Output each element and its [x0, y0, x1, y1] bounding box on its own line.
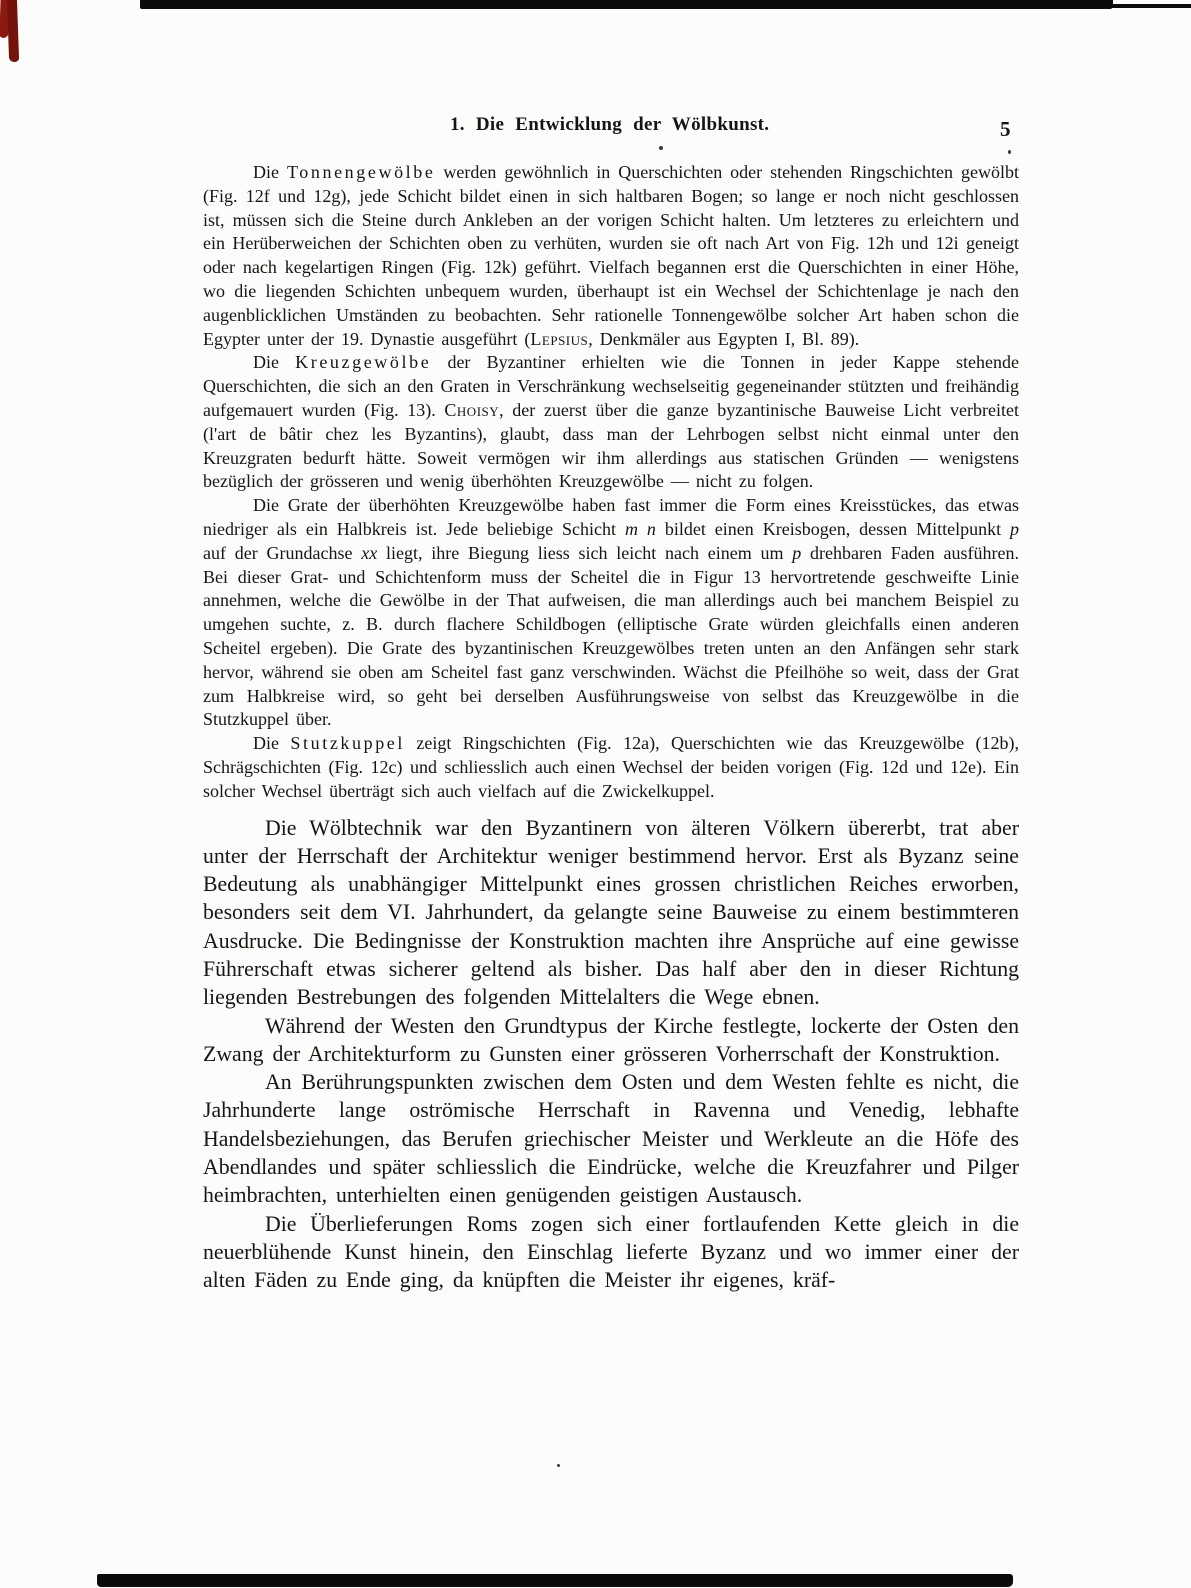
scan-artifact-top-right-line	[1108, 4, 1191, 8]
text-segment: werden gewöhnlich in Querschichten oder …	[203, 162, 1019, 349]
text-segment-spaced: Kreuzgewölbe	[295, 352, 431, 372]
text-segment: , Denkmäler aus Egypten I, Bl. 89).	[588, 329, 859, 349]
scan-dot-under-title	[659, 146, 663, 150]
scan-artifact-top-bar	[140, 0, 1113, 9]
text-segment: Die	[253, 352, 295, 372]
scanned-book-page: 1. Die Entwicklung der Wölbkunst. 5 Die …	[0, 0, 1191, 1588]
paragraph: Die Wölbtechnik war den Byzantinern von …	[203, 814, 1019, 1012]
text-segment: liegt, ihre Biegung liess sich leicht na…	[377, 543, 792, 563]
text-segment: Die	[253, 733, 290, 753]
text-segment: Während der Westen den Grundtypus der Ki…	[203, 1014, 1019, 1066]
page-number: 5	[1000, 117, 1011, 142]
paragraph: Die Überlieferungen Roms zogen sich eine…	[203, 1210, 1019, 1295]
text-segment-smallcaps: Lepsius	[530, 329, 588, 349]
scan-artifact-red-mark-long	[7, 0, 19, 62]
scan-dot-under-page-number	[1008, 150, 1011, 154]
paragraph: Die Tonnengewölbe werden gewöhnlich in Q…	[203, 161, 1019, 351]
text-segment-spaced: Tonnengewölbe	[287, 162, 436, 182]
scan-dot-bottom	[557, 1464, 560, 1467]
paragraph: Die Grate der überhöhten Kreuzgewölbe ha…	[203, 494, 1019, 732]
paragraph: An Berührungspunkten zwischen dem Osten …	[203, 1068, 1019, 1209]
text-segment: An Berührungspunkten zwischen dem Osten …	[203, 1070, 1019, 1207]
text-segment-italic: xx	[361, 543, 377, 563]
text-segment-italic: m n	[625, 519, 656, 539]
running-header-title: 1. Die Entwicklung der Wölbkunst.	[450, 114, 769, 136]
text-segment-spaced: Stutzkuppel	[290, 733, 405, 753]
text-segment-italic: p	[1010, 519, 1019, 539]
text-segment: drehbaren Faden ausführen. Bei dieser Gr…	[203, 543, 1019, 730]
text-block: Die Tonnengewölbe werden gewöhnlich in Q…	[203, 161, 1019, 1295]
text-segment: Die Überlieferungen Roms zogen sich eine…	[203, 1212, 1019, 1293]
text-segment: Die	[253, 162, 287, 182]
text-segment: Die Wölbtechnik war den Byzantinern von …	[203, 816, 1019, 1010]
paragraph: Während der Westen den Grundtypus der Ki…	[203, 1012, 1019, 1069]
text-segment-italic: p	[792, 543, 801, 563]
paragraph: Die Kreuzgewölbe der Byzantiner erhielte…	[203, 351, 1019, 494]
text-segment-smallcaps: Choisy	[444, 400, 499, 420]
text-segment: auf der Grundachse	[203, 543, 361, 563]
text-segment: bildet einen Kreisbogen, dessen Mittelpu…	[656, 519, 1010, 539]
scan-artifact-bottom-bar	[97, 1574, 1013, 1587]
paragraph: Die Stutzkuppel zeigt Ringschichten (Fig…	[203, 732, 1019, 803]
